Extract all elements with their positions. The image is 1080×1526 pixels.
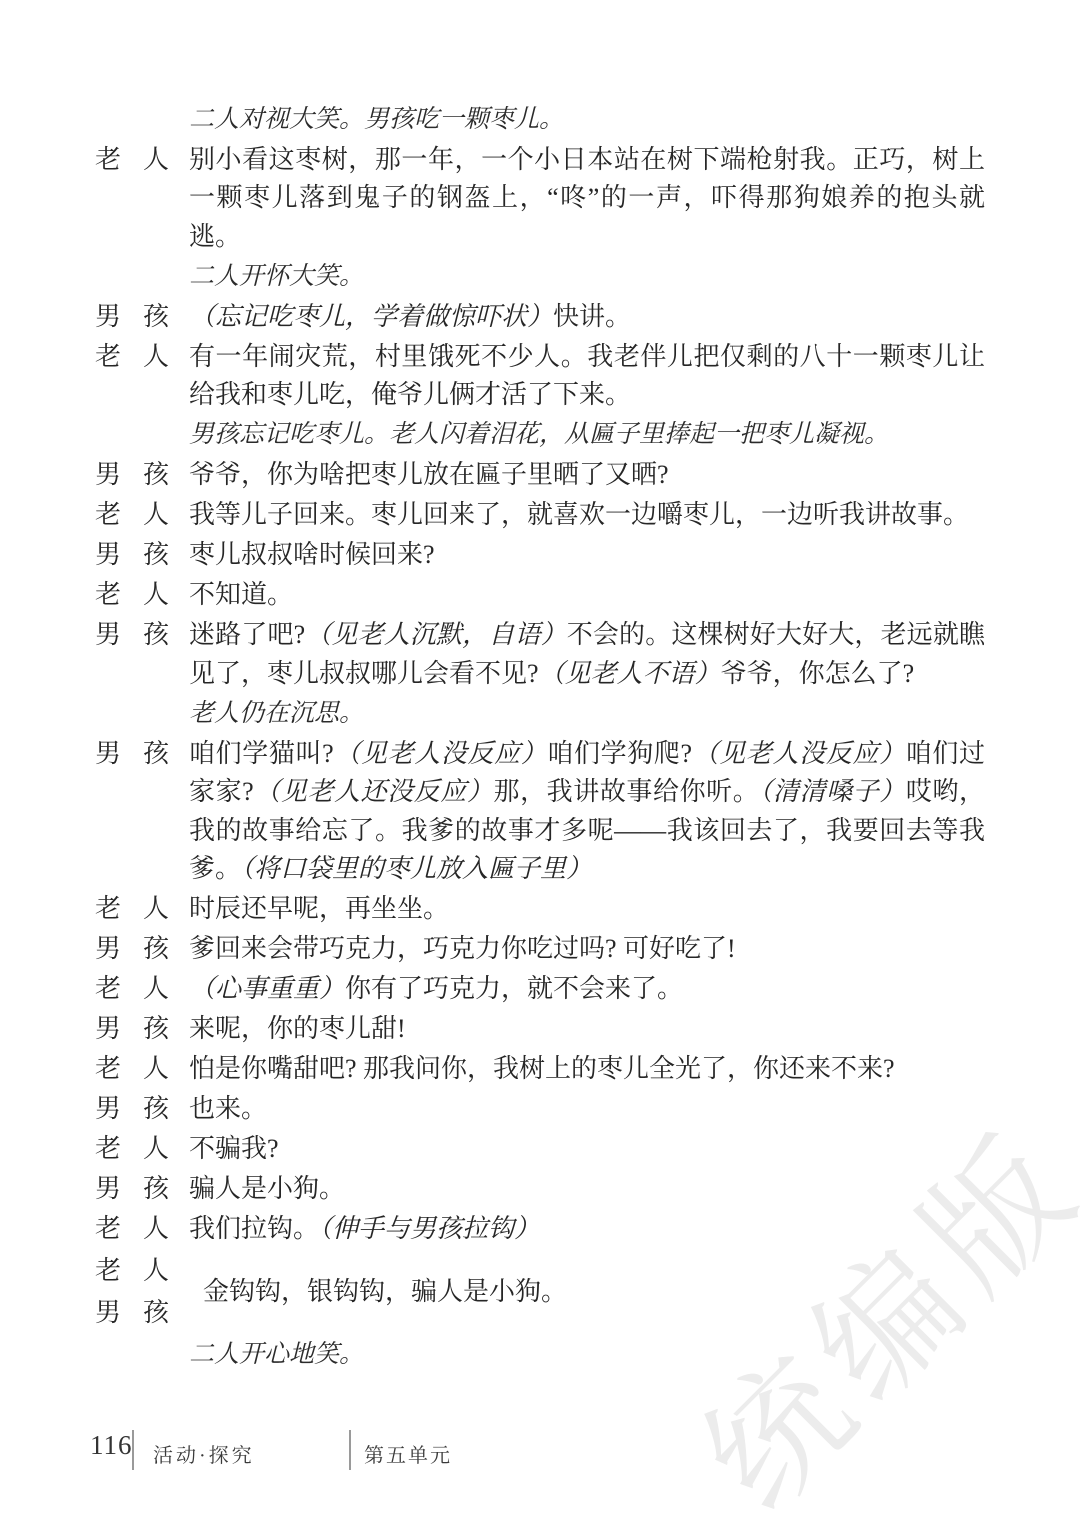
speech-text: 迷路了吧?（见老人沉默，自语）不会的。这棵树好大好大，老远就瞧见了，枣儿叔叔哪儿… xyxy=(189,616,985,693)
speaker-label: 老人 xyxy=(95,970,169,1009)
speech-segment: 你有了巧克力，就不会来了。 xyxy=(345,974,683,1003)
speaker-char: 老 xyxy=(95,141,121,180)
speech-text: 怕是你嘴甜吧? 那我问你，我树上的枣儿全光了，你还来不来? xyxy=(189,1050,985,1089)
speaker-label: 男孩 xyxy=(95,1090,169,1129)
speaker-label: 男孩 xyxy=(95,735,169,774)
speech-segment: 时辰还早呢，再坐坐。 xyxy=(189,894,449,923)
inline-stage-direction: （见老人不语） xyxy=(539,659,721,688)
dialogue-line: 老人我们拉钩。（伸手与男孩拉钩） xyxy=(95,1210,985,1249)
speaker-char: 老 xyxy=(95,576,121,615)
page-footer: 116 活动·探究 第五单元 xyxy=(0,1428,1080,1476)
speaker-char: 孩 xyxy=(143,930,169,969)
stage-direction: 二人开心地笑。 xyxy=(189,1336,985,1375)
speaker-char: 男 xyxy=(95,1010,121,1049)
speaker-char: 人 xyxy=(143,576,169,615)
speech-segment: 枣儿叔叔啥时候回来? xyxy=(189,540,435,569)
speech-text: 不知道。 xyxy=(189,576,985,615)
speaker-label: 老人 xyxy=(95,890,169,929)
speaker-label: 老人 xyxy=(95,1210,169,1249)
speaker-char: 男 xyxy=(95,1090,121,1129)
speech-segment: 不知道。 xyxy=(189,580,293,609)
speech-segment: 爹回来会带巧克力，巧克力你吃过吗? 可好吃了! xyxy=(189,934,736,963)
speaker-char: 孩 xyxy=(143,298,169,337)
speaker-char: 老 xyxy=(95,1130,121,1169)
speech-text: 有一年闹灾荒，村里饿死不少人。我老伴儿把仅剩的八十一颗枣儿让给我和枣儿吃，俺爷儿… xyxy=(189,338,985,415)
speaker-char: 人 xyxy=(143,141,169,180)
dialogue-line: 老人怕是你嘴甜吧? 那我问你，我树上的枣儿全光了，你还来不来? xyxy=(95,1050,985,1089)
speech-text: （忘记吃枣儿，学着做惊吓状）快讲。 xyxy=(189,298,985,337)
inline-stage-direction: （见老人沉默，自语） xyxy=(305,620,567,649)
speech-segment: 怕是你嘴甜吧? 那我问你，我树上的枣儿全光了，你还来不来? xyxy=(189,1054,895,1083)
speaker-char: 孩 xyxy=(143,1010,169,1049)
joint-dialogue-line: 老人男孩金钩钩，银钩钩，骗人是小狗。 xyxy=(95,1250,985,1334)
speaker-label: 男孩 xyxy=(95,1292,169,1334)
speaker-char: 男 xyxy=(95,298,121,337)
speech-segment: 爷爷，你为啥把枣儿放在匾子里晒了又晒? xyxy=(189,460,669,489)
speaker-char: 孩 xyxy=(143,616,169,655)
dialogue-line: 老人时辰还早呢，再坐坐。 xyxy=(95,890,985,929)
speaker-label: 男孩 xyxy=(95,1170,169,1209)
speech-text: 爹回来会带巧克力，巧克力你吃过吗? 可好吃了! xyxy=(189,930,985,969)
speaker-char: 孩 xyxy=(143,735,169,774)
speaker-char: 孩 xyxy=(143,1090,169,1129)
speaker-char: 男 xyxy=(95,930,121,969)
speech-text: 枣儿叔叔啥时候回来? xyxy=(189,536,985,575)
inline-stage-direction: （清清嗓子） xyxy=(759,777,905,806)
speech-text: 金钩钩，银钩钩，骗人是小狗。 xyxy=(189,1250,985,1334)
speaker-char: 人 xyxy=(143,1210,169,1249)
speech-segment: 有一年闹灾荒，村里饿死不少人。我老伴儿把仅剩的八十一颗枣儿让给我和枣儿吃，俺爷儿… xyxy=(189,342,985,410)
speech-segment: 咱们学猫叫? xyxy=(189,739,334,768)
speech-segment: 不骗我? xyxy=(189,1134,279,1163)
speech-segment: 别小看这枣树，那一年，一个小日本站在树下端枪射我。正巧，树上一颗枣儿落到鬼子的钢… xyxy=(189,145,985,251)
inline-stage-direction: （忘记吃枣儿，学着做惊吓状） xyxy=(189,302,553,331)
speaker-label: 男孩 xyxy=(95,456,169,495)
speech-text: 来呢，你的枣儿甜! xyxy=(189,1010,985,1049)
stage-direction: 二人对视大笑。男孩吃一颗枣儿。 xyxy=(189,101,985,140)
dialogue-line: 男孩也来。 xyxy=(95,1090,985,1129)
speaker-char: 老 xyxy=(95,970,121,1009)
speaker-char: 人 xyxy=(143,1050,169,1089)
speaker-char: 人 xyxy=(143,496,169,535)
speaker-char: 人 xyxy=(143,1250,169,1292)
speaker-char: 男 xyxy=(95,1292,121,1334)
speech-text: 咱们学猫叫?（见老人没反应）咱们学狗爬?（见老人没反应）咱们过家家?（见老人还没… xyxy=(189,735,985,889)
speech-segment: 咱们学狗爬? xyxy=(547,739,692,768)
play-script-body: 二人对视大笑。男孩吃一颗枣儿。老人别小看这枣树，那一年，一个小日本站在树下端枪射… xyxy=(95,99,985,1376)
speaker-label: 男孩 xyxy=(95,930,169,969)
inline-stage-direction: （将口袋里的枣儿放入匾子里） xyxy=(241,854,592,883)
speech-text: 也来。 xyxy=(189,1090,985,1129)
speaker-label: 老人 xyxy=(95,141,169,180)
speaker-char: 老 xyxy=(95,496,121,535)
dialogue-line: 男孩骗人是小狗。 xyxy=(95,1170,985,1209)
speech-text: 骗人是小狗。 xyxy=(189,1170,985,1209)
speech-segment: 骗人是小狗。 xyxy=(189,1174,345,1203)
speaker-char: 老 xyxy=(95,338,121,377)
speaker-char: 男 xyxy=(95,1170,121,1209)
speech-text: 我等儿子回来。枣儿回来了，就喜欢一边嚼枣儿，一边听我讲故事。 xyxy=(189,496,985,535)
speech-text: 不骗我? xyxy=(189,1130,985,1169)
speaker-char: 老 xyxy=(95,1050,121,1089)
dialogue-line: 老人（心事重重）你有了巧克力，就不会来了。 xyxy=(95,970,985,1009)
speaker-label: 男孩 xyxy=(95,1010,169,1049)
speech-text: （心事重重）你有了巧克力，就不会来了。 xyxy=(189,970,985,1009)
speech-segment: 快讲。 xyxy=(553,302,631,331)
dialogue-line: 男孩（忘记吃枣儿，学着做惊吓状）快讲。 xyxy=(95,298,985,337)
speech-text: 时辰还早呢，再坐坐。 xyxy=(189,890,985,929)
dialogue-line: 老人有一年闹灾荒，村里饿死不少人。我老伴儿把仅剩的八十一颗枣儿让给我和枣儿吃，俺… xyxy=(95,338,985,415)
stage-direction: 男孩忘记吃枣儿。老人闪着泪花，从匾子里捧起一把枣儿凝视。 xyxy=(189,416,985,455)
footer-divider xyxy=(132,1430,134,1470)
dialogue-line: 男孩枣儿叔叔啥时候回来? xyxy=(95,536,985,575)
dialogue-line: 男孩爷爷，你为啥把枣儿放在匾子里晒了又晒? xyxy=(95,456,985,495)
speaker-char: 人 xyxy=(143,338,169,377)
inline-stage-direction: （见老人没反应） xyxy=(334,739,548,768)
dialogue-line: 男孩爹回来会带巧克力，巧克力你吃过吗? 可好吃了! xyxy=(95,930,985,969)
speaker-char: 孩 xyxy=(143,1170,169,1209)
speech-segment: 爷爷，你怎么了? xyxy=(721,659,915,688)
page-number: 116 xyxy=(90,1430,133,1461)
inline-stage-direction: （见老人还没反应） xyxy=(254,777,494,806)
footer-divider xyxy=(349,1430,351,1470)
speaker-char: 老 xyxy=(95,890,121,929)
joint-speaker-column: 老人男孩 xyxy=(95,1250,169,1334)
stage-direction: 二人开怀大笑。 xyxy=(189,258,985,297)
inline-stage-direction: （心事重重） xyxy=(189,974,345,1003)
speaker-label: 老人 xyxy=(95,576,169,615)
speaker-char: 人 xyxy=(143,890,169,929)
speaker-label: 老人 xyxy=(95,1130,169,1169)
speaker-label: 男孩 xyxy=(95,616,169,655)
footer-section-label: 活动·探究 xyxy=(153,1439,255,1468)
speech-segment: 迷路了吧? xyxy=(189,620,305,649)
speaker-char: 男 xyxy=(95,735,121,774)
speaker-char: 孩 xyxy=(143,536,169,575)
dialogue-line: 老人不知道。 xyxy=(95,576,985,615)
speaker-char: 男 xyxy=(95,616,121,655)
speaker-label: 老人 xyxy=(95,338,169,377)
speaker-label: 老人 xyxy=(95,496,169,535)
speaker-char: 男 xyxy=(95,536,121,575)
speaker-char: 人 xyxy=(143,970,169,1009)
speech-segment: 我们拉钩。 xyxy=(189,1214,319,1243)
speech-segment: 也来。 xyxy=(189,1094,267,1123)
speaker-char: 男 xyxy=(95,456,121,495)
stage-direction: 老人仍在沉思。 xyxy=(189,695,985,734)
speech-text: 爷爷，你为啥把枣儿放在匾子里晒了又晒? xyxy=(189,456,985,495)
speaker-char: 人 xyxy=(143,1130,169,1169)
speaker-char: 老 xyxy=(95,1250,121,1292)
speaker-label: 男孩 xyxy=(95,536,169,575)
speaker-label: 老人 xyxy=(95,1050,169,1089)
dialogue-line: 老人我等儿子回来。枣儿回来了，就喜欢一边嚼枣儿，一边听我讲故事。 xyxy=(95,496,985,535)
speaker-label: 老人 xyxy=(95,1250,169,1292)
inline-stage-direction: （见老人没反应） xyxy=(692,739,906,768)
speech-segment: 来呢，你的枣儿甜! xyxy=(189,1014,406,1043)
textbook-page: { "watermark": "统编版", "footer": { "page_… xyxy=(0,0,1080,1526)
dialogue-line: 男孩迷路了吧?（见老人沉默，自语）不会的。这棵树好大好大，老远就瞧见了，枣儿叔叔… xyxy=(95,616,985,693)
dialogue-line: 男孩咱们学猫叫?（见老人没反应）咱们学狗爬?（见老人没反应）咱们过家家?（见老人… xyxy=(95,735,985,889)
speaker-label: 男孩 xyxy=(95,298,169,337)
speaker-char: 孩 xyxy=(143,1292,169,1334)
speaker-char: 孩 xyxy=(143,456,169,495)
dialogue-line: 老人不骗我? xyxy=(95,1130,985,1169)
dialogue-line: 老人别小看这枣树，那一年，一个小日本站在树下端枪射我。正巧，树上一颗枣儿落到鬼子… xyxy=(95,141,985,257)
speech-segment: 那，我讲故事给你听。 xyxy=(494,777,760,806)
speech-segment: 我等儿子回来。枣儿回来了，就喜欢一边嚼枣儿，一边听我讲故事。 xyxy=(189,500,969,529)
inline-stage-direction: （伸手与男孩拉钩） xyxy=(319,1214,540,1243)
speech-text: 我们拉钩。（伸手与男孩拉钩） xyxy=(189,1210,985,1249)
dialogue-line: 男孩来呢，你的枣儿甜! xyxy=(95,1010,985,1049)
speaker-char: 老 xyxy=(95,1210,121,1249)
speech-text: 别小看这枣树，那一年，一个小日本站在树下端枪射我。正巧，树上一颗枣儿落到鬼子的钢… xyxy=(189,141,985,257)
footer-unit-label: 第五单元 xyxy=(364,1439,452,1468)
